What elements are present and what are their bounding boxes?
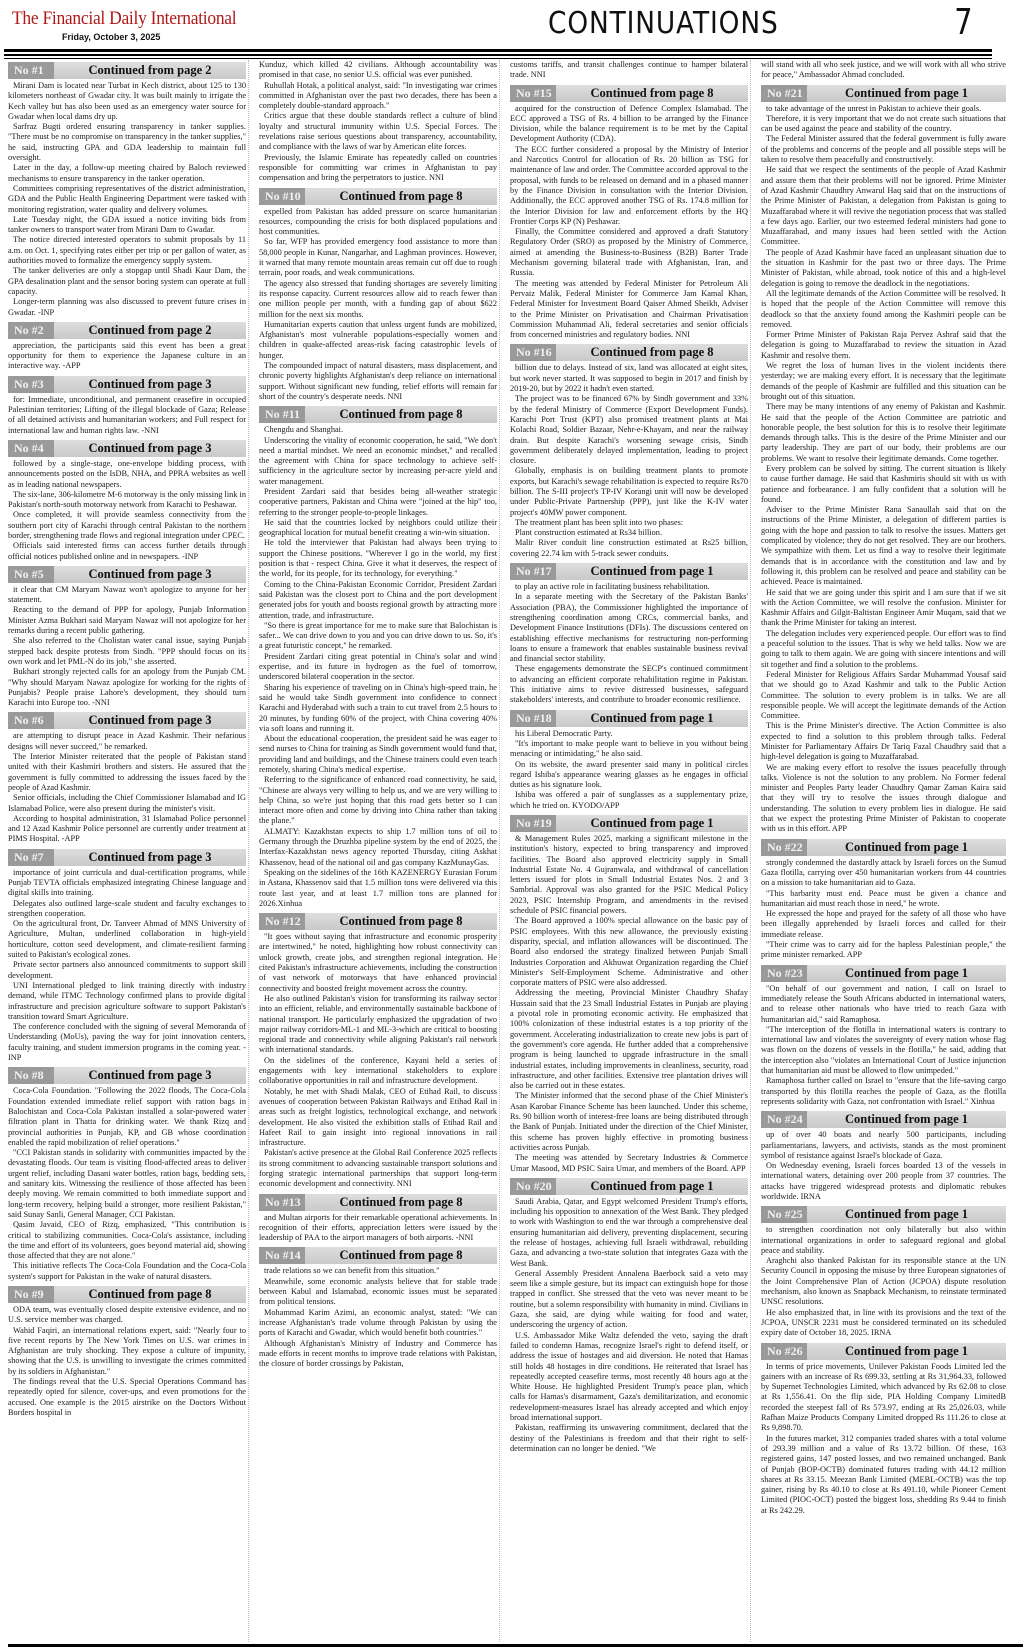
continued-story: No #2Continued from page 2appreciation, … — [8, 322, 246, 372]
story-header: No #10Continued from page 8 — [259, 188, 497, 205]
story-header: No #21Continued from page 1 — [761, 85, 1006, 102]
continued-story: will stand with all who seek justice, an… — [761, 60, 1006, 81]
continued-from-label: Continued from page 1 — [807, 966, 1006, 981]
story-paragraph: He told the interviewer that Pakistan ha… — [259, 538, 497, 579]
story-paragraph: According to hospital administration, 31… — [8, 814, 246, 845]
article-columns: No #1Continued from page 2Mirani Dam is … — [8, 60, 998, 1642]
story-header: No #16Continued from page 8 — [510, 344, 748, 361]
story-paragraph: There may be many intentions of any enem… — [761, 402, 1006, 464]
continued-from-label: Continued from page 8 — [305, 914, 497, 929]
story-paragraph: She also referred to the Cholistan water… — [8, 636, 246, 667]
story-number-badge: No #14 — [259, 1247, 305, 1264]
story-paragraph: He said that we respect the sentiments o… — [761, 165, 1006, 247]
story-paragraph: Officials said interested firms can acce… — [8, 541, 246, 562]
story-header: No #6Continued from page 3 — [8, 712, 246, 729]
continued-from-label: Continued from page 3 — [54, 377, 246, 392]
story-paragraph: On the sidelines of the conference, Kaya… — [259, 1056, 497, 1087]
header-rule — [4, 58, 992, 59]
story-paragraph: On the agricultural front, Dr. Tanveer A… — [8, 919, 246, 960]
story-paragraph: Committees comprising representatives of… — [8, 184, 246, 215]
story-paragraph: On its website, the award presenter said… — [510, 760, 748, 791]
story-paragraph: Federal Minister for Religious Affairs S… — [761, 670, 1006, 721]
continued-story: No #11Continued from page 8Chengdu and S… — [259, 406, 497, 909]
story-paragraph: President Zardari citing great potential… — [259, 652, 497, 683]
continued-story: No #10Continued from page 8expelled from… — [259, 188, 497, 403]
story-paragraph: to take advantage of the unrest in Pakis… — [761, 104, 1006, 114]
story-header: No #5Continued from page 3 — [8, 566, 246, 583]
story-number-badge: No #2 — [8, 322, 54, 339]
story-number-badge: No #19 — [510, 815, 556, 832]
continued-from-label: Continued from page 1 — [556, 564, 748, 579]
story-paragraph: The Interior Minister reiterated that th… — [8, 752, 246, 793]
continued-from-label: Continued from page 2 — [54, 323, 246, 338]
story-header: No #20Continued from page 1 — [510, 1178, 748, 1195]
story-number-badge: No #26 — [761, 1343, 807, 1360]
story-paragraph: Pakistan, reaffirming its unwavering com… — [510, 1423, 748, 1454]
story-paragraph: Underscoring the vitality of economic co… — [259, 436, 497, 487]
story-paragraph: The Federal Minister assured that the fe… — [761, 134, 1006, 165]
continued-from-label: Continued from page 3 — [54, 567, 246, 582]
story-paragraph: The conference concluded with the signin… — [8, 1022, 246, 1063]
story-paragraph: will stand with all who seek justice, an… — [761, 60, 1006, 81]
story-paragraph: Sarfraz Bugti ordered ensuring transpare… — [8, 122, 246, 163]
continued-story: No #13Continued from page 8and Multan ai… — [259, 1194, 497, 1244]
story-header: No #12Continued from page 8 — [259, 913, 497, 930]
story-paragraph: Critics argue that these double standard… — [259, 111, 497, 152]
story-paragraph: to play an active role in facilitating b… — [510, 582, 748, 592]
story-paragraph: Mohammad Karim Azimi, an economic analys… — [259, 1308, 497, 1339]
story-paragraph: So far, WFP has provided emergency food … — [259, 237, 497, 278]
story-paragraph: Humanitarian experts caution that unless… — [259, 320, 497, 361]
story-number-badge: No #22 — [761, 839, 807, 856]
story-paragraph: On Wednesday evening, Israeli forces boa… — [761, 1161, 1006, 1202]
continued-from-label: Continued from page 1 — [556, 1179, 748, 1194]
story-paragraph: Bukhari strongly rejected calls for an a… — [8, 667, 246, 708]
story-number-badge: No #24 — [761, 1111, 807, 1128]
story-paragraph: to strengthen coordination not only bila… — [761, 1225, 1006, 1256]
continued-from-label: Continued from page 1 — [807, 1112, 1006, 1127]
story-paragraph: The meeting was attended by Secretary In… — [510, 1153, 748, 1174]
story-paragraph: U.S. Ambassador Mike Waltz defended the … — [510, 1331, 748, 1424]
continued-story: Kunduz, which killed 42 civilians. Altho… — [259, 60, 497, 184]
story-header: No #9Continued from page 8 — [8, 1286, 246, 1303]
story-paragraph: customs tariffs, and transit challenges … — [510, 60, 748, 81]
story-paragraph: for: Immediate, unconditional, and perma… — [8, 395, 246, 436]
story-paragraph: Speaking on the sidelines of the 16th KA… — [259, 868, 497, 909]
column-3: customs tariffs, and transit challenges … — [510, 60, 751, 1642]
story-paragraph: ODA team, was eventually closed despite … — [8, 1305, 246, 1326]
story-paragraph: Every problem can be solved by sitting. … — [761, 464, 1006, 505]
continued-from-label: Continued from page 8 — [305, 1195, 497, 1210]
story-paragraph: Former Prime Minister of Pakistan Raja P… — [761, 330, 1006, 361]
continued-from-label: Continued from page 1 — [556, 711, 748, 726]
story-paragraph: Qasim Javaid, CEO of Rizq, emphasized, "… — [8, 1220, 246, 1261]
story-header: No #7Continued from page 3 — [8, 849, 246, 866]
continued-from-label: Continued from page 3 — [54, 713, 246, 728]
continued-from-label: Continued from page 1 — [807, 1207, 1006, 1222]
story-number-badge: No #17 — [510, 563, 556, 580]
story-paragraph: About the educational cooperation, the p… — [259, 734, 497, 775]
story-header: No #22Continued from page 1 — [761, 839, 1006, 856]
continued-story: No #1Continued from page 2Mirani Dam is … — [8, 62, 246, 318]
story-paragraph: The notice directed interested operators… — [8, 235, 246, 266]
story-paragraph: These engagements demonstrate the SECP's… — [510, 664, 748, 705]
story-header: No #25Continued from page 1 — [761, 1206, 1006, 1223]
continued-story: No #18Continued from page 1his Liberal D… — [510, 710, 748, 811]
continued-story: No #26Continued from page 1In terms of p… — [761, 1343, 1006, 1516]
story-paragraph: Pakistan's active presence at the Global… — [259, 1148, 497, 1189]
story-paragraph: his Liberal Democratic Party. — [510, 729, 748, 739]
continued-from-label: Continued from page 2 — [54, 63, 246, 78]
story-paragraph: This initiative reflects The Coca-Cola F… — [8, 1261, 246, 1282]
continued-story: customs tariffs, and transit challenges … — [510, 60, 748, 81]
continued-from-label: Continued from page 3 — [54, 1068, 246, 1083]
story-paragraph: He expressed the hope and prayed for the… — [761, 909, 1006, 940]
story-paragraph: The treatment plant has been split into … — [510, 518, 748, 528]
story-paragraph: "So there is great importance for me to … — [259, 621, 497, 652]
story-paragraph: Ishiba was offered a pair of sunglasses … — [510, 790, 748, 811]
issue-date: Friday, October 3, 2025 — [62, 32, 160, 42]
story-paragraph: Coming to the China-Pakistan Economic Co… — [259, 580, 497, 621]
story-paragraph: President Zardari said that besides bein… — [259, 487, 497, 518]
story-paragraph: followed by a single-stage, one-envelope… — [8, 459, 246, 490]
story-paragraph: strongly condemned the dastardly attack … — [761, 858, 1006, 889]
story-paragraph: importance of joint curricula and dual-c… — [8, 868, 246, 899]
column-4: will stand with all who seek justice, an… — [761, 60, 1008, 1642]
story-header: No #15Continued from page 8 — [510, 85, 748, 102]
story-header: No #8Continued from page 3 — [8, 1067, 246, 1084]
story-paragraph: Sharing his experience of traveling on i… — [259, 683, 497, 734]
continued-story: No #7Continued from page 3importance of … — [8, 849, 246, 1064]
story-number-badge: No #12 — [259, 913, 305, 930]
continued-from-label: Continued from page 1 — [556, 816, 748, 831]
story-paragraph: Senior officials, including the Chief Co… — [8, 793, 246, 814]
continued-story: No #15Continued from page 8acquired for … — [510, 85, 748, 341]
story-paragraph: This is the Prime Minister's directive. … — [761, 721, 1006, 762]
continued-from-label: Continued from page 1 — [807, 86, 1006, 101]
continued-story: No #12Continued from page 8"It goes with… — [259, 913, 497, 1189]
continued-story: No #4Continued from page 3followed by a … — [8, 440, 246, 562]
story-header: No #3Continued from page 3 — [8, 376, 246, 393]
story-paragraph: Although Afghanistan's Ministry of Indus… — [259, 1339, 497, 1370]
story-paragraph: Once completed, it will provide seamless… — [8, 510, 246, 541]
story-header: No #1Continued from page 2 — [8, 62, 246, 79]
story-number-badge: No #13 — [259, 1194, 305, 1211]
story-paragraph: In the futures market, 312 companies tra… — [761, 1434, 1006, 1516]
continued-from-label: Continued from page 8 — [556, 86, 748, 101]
story-paragraph: The Minister informed that the second ph… — [510, 1091, 748, 1153]
story-paragraph: Mirani Dam is located near Turbat in Kec… — [8, 81, 246, 122]
story-paragraph: Later in the day, a follow-up meeting ch… — [8, 163, 246, 184]
story-paragraph: In terms of price movements, Unilever Pa… — [761, 1362, 1006, 1434]
story-paragraph: Addressing the meeting, Provincial Minis… — [510, 988, 748, 1091]
page-number: 7 — [954, 2, 972, 43]
story-paragraph: Coca-Cola Foundation. "Following the 202… — [8, 1086, 246, 1148]
story-paragraph: and Multan airports for their remarkable… — [259, 1213, 497, 1244]
story-paragraph: We regret the loss of human lives in the… — [761, 361, 1006, 402]
story-paragraph: Ruhullah Hotak, a political analyst, sai… — [259, 81, 497, 112]
story-number-badge: No #5 — [8, 566, 54, 583]
story-paragraph: UNI International pledged to link traini… — [8, 981, 246, 1022]
continued-from-label: Continued from page 8 — [54, 1287, 246, 1302]
story-paragraph: The six-lane, 306-kilometre M-6 motorway… — [8, 490, 246, 511]
continued-story: No #25Continued from page 1to strengthen… — [761, 1206, 1006, 1338]
story-paragraph: The findings reveal that the U.S. Specia… — [8, 1377, 246, 1418]
story-paragraph: acquired for the construction of Defence… — [510, 104, 748, 145]
story-paragraph: The meeting was attended by Federal Mini… — [510, 279, 748, 341]
story-paragraph: Chengdu and Shanghai. — [259, 425, 497, 435]
story-paragraph: Reacting to the demand of PPP for apolog… — [8, 605, 246, 636]
story-paragraph: Late Tuesday night, the GDA issued a not… — [8, 215, 246, 236]
story-paragraph: Longer-term planning was also discussed … — [8, 297, 246, 318]
story-paragraph: "It goes without saying that infrastruct… — [259, 932, 497, 994]
continued-story: No #3Continued from page 3for: Immediate… — [8, 376, 246, 436]
story-paragraph: "CCI Pakistan stands in solidarity with … — [8, 1148, 246, 1220]
footer-rule — [8, 1644, 1023, 1647]
story-paragraph: Plant construction estimated at Rs34 bil… — [510, 528, 748, 538]
continued-story: No #16Continued from page 8billion due t… — [510, 344, 748, 559]
story-paragraph: Wahid Faqiri, an international relations… — [8, 1326, 246, 1377]
story-paragraph: Kunduz, which killed 42 civilians. Altho… — [259, 60, 497, 81]
story-number-badge: No #11 — [259, 406, 305, 423]
story-number-badge: No #23 — [761, 965, 807, 982]
paper-name: The Financial Daily International — [12, 8, 236, 30]
continued-story: No #20Continued from page 1Saudi Arabia,… — [510, 1178, 748, 1454]
continued-story: No #19Continued from page 1& Management … — [510, 815, 748, 1174]
story-number-badge: No #8 — [8, 1067, 54, 1084]
story-header: No #26Continued from page 1 — [761, 1343, 1006, 1360]
story-paragraph: The compounded impact of natural disaste… — [259, 361, 497, 402]
story-paragraph: Globally, emphasis is on building treatm… — [510, 466, 748, 517]
story-paragraph: In a separate meeting with the Secretary… — [510, 592, 748, 664]
story-paragraph: He also emphasized that, in line with it… — [761, 1308, 1006, 1339]
story-paragraph: "It's important to make people want to b… — [510, 739, 748, 760]
story-paragraph: Private sector partners also announced c… — [8, 960, 246, 981]
continued-story: No #5Continued from page 3it clear that … — [8, 566, 246, 709]
story-number-badge: No #4 — [8, 440, 54, 457]
story-paragraph: He said that the countries locked by nei… — [259, 518, 497, 539]
section-title: CONTINUATIONS — [548, 6, 779, 41]
story-paragraph: Delegates also outlined large-scale stud… — [8, 899, 246, 920]
column-2: Kunduz, which killed 42 civilians. Altho… — [259, 60, 500, 1642]
story-paragraph: "The interception of the flotilla in int… — [761, 1025, 1006, 1076]
story-number-badge: No #6 — [8, 712, 54, 729]
header-rule — [4, 54, 992, 56]
story-number-badge: No #7 — [8, 849, 54, 866]
continued-from-label: Continued from page 8 — [556, 345, 748, 360]
story-header: No #19Continued from page 1 — [510, 815, 748, 832]
story-header: No #13Continued from page 8 — [259, 1194, 497, 1211]
story-paragraph: it clear that CM Maryam Nawaz won't apol… — [8, 585, 246, 606]
story-paragraph: "Their crime was to carry aid for the ha… — [761, 940, 1006, 961]
continued-from-label: Continued from page 8 — [305, 1248, 497, 1263]
story-paragraph: "This barbarity must end. Peace must be … — [761, 889, 1006, 910]
story-paragraph: The tanker deliveries are only a stopgap… — [8, 266, 246, 297]
story-paragraph: ALMATY: Kazakhstan expects to ship 1.7 m… — [259, 827, 497, 868]
story-paragraph: The Board approved a 100% special allowa… — [510, 916, 748, 988]
story-paragraph: "On behalf of our government and nation,… — [761, 984, 1006, 1025]
story-paragraph: expelled from Pakistan has added pressur… — [259, 207, 497, 238]
story-header: No #23Continued from page 1 — [761, 965, 1006, 982]
column-1: No #1Continued from page 2Mirani Dam is … — [8, 60, 249, 1642]
continued-story: No #6Continued from page 3are attempting… — [8, 712, 246, 844]
header-rule — [4, 49, 992, 52]
continued-from-label: Continued from page 8 — [305, 407, 497, 422]
story-number-badge: No #16 — [510, 344, 556, 361]
story-paragraph: Referring to the significance of enhance… — [259, 775, 497, 826]
story-paragraph: General Assembly President Annalena Baer… — [510, 1269, 748, 1331]
masthead: The Financial Daily International Friday… — [0, 0, 1023, 46]
continued-story: No #21Continued from page 1to take advan… — [761, 85, 1006, 835]
story-header: No #14Continued from page 8 — [259, 1247, 497, 1264]
story-paragraph: All the legitimate demands of the Action… — [761, 289, 1006, 330]
story-paragraph: Previously, the Islamic Emirate has repe… — [259, 153, 497, 184]
story-paragraph: Ramaphosa further called on Israel to "e… — [761, 1076, 1006, 1107]
continued-story: No #9Continued from page 8ODA team, was … — [8, 1286, 246, 1418]
story-paragraph: He said that we are going under this spi… — [761, 588, 1006, 629]
continued-story: No #8Continued from page 3Coca-Cola Foun… — [8, 1067, 246, 1282]
story-paragraph: The agency also stressed that funding sh… — [259, 279, 497, 320]
story-paragraph: billion due to delays. Instead of six, l… — [510, 363, 748, 394]
story-paragraph: The ECC further considered a proposal by… — [510, 145, 748, 227]
story-paragraph: The delegation includes very experienced… — [761, 629, 1006, 670]
story-header: No #17Continued from page 1 — [510, 563, 748, 580]
story-paragraph: We are making every effort to resolve th… — [761, 763, 1006, 835]
story-paragraph: Notably, he met with Shadi Malak, CEO of… — [259, 1087, 497, 1149]
story-header: No #2Continued from page 2 — [8, 322, 246, 339]
continued-story: No #23Continued from page 1"On behalf of… — [761, 965, 1006, 1108]
story-header: No #11Continued from page 8 — [259, 406, 497, 423]
story-number-badge: No #1 — [8, 62, 54, 79]
continued-story: No #17Continued from page 1to play an ac… — [510, 563, 748, 706]
continued-from-label: Continued from page 3 — [54, 850, 246, 865]
continued-story: No #24Continued from page 1up of over 40… — [761, 1111, 1006, 1202]
story-paragraph: The people of Azad Kashmir have faced an… — [761, 248, 1006, 289]
story-header: No #18Continued from page 1 — [510, 710, 748, 727]
story-number-badge: No #9 — [8, 1286, 54, 1303]
story-number-badge: No #10 — [259, 188, 305, 205]
story-paragraph: The project was to be financed 67% by Si… — [510, 394, 748, 466]
story-number-badge: No #21 — [761, 85, 807, 102]
continued-story: No #22Continued from page 1strongly cond… — [761, 839, 1006, 961]
continued-from-label: Continued from page 1 — [807, 840, 1006, 855]
story-paragraph: up of over 40 boats and nearly 500 parti… — [761, 1130, 1006, 1161]
story-number-badge: No #20 — [510, 1178, 556, 1195]
continued-story: No #14Continued from page 8trade relatio… — [259, 1247, 497, 1369]
story-paragraph: appreciation, the participants said this… — [8, 341, 246, 372]
story-paragraph: Araghchi also thanked Pakistan for its r… — [761, 1256, 1006, 1307]
continued-from-label: Continued from page 1 — [807, 1344, 1006, 1359]
continued-from-label: Continued from page 3 — [54, 441, 246, 456]
story-number-badge: No #3 — [8, 376, 54, 393]
story-header: No #4Continued from page 3 — [8, 440, 246, 457]
story-number-badge: No #15 — [510, 85, 556, 102]
story-paragraph: Therefore, it is very important that we … — [761, 114, 1006, 135]
story-paragraph: trade relations so we can benefit from t… — [259, 1266, 497, 1276]
story-paragraph: & Management Rules 2025, marking a signi… — [510, 834, 748, 916]
story-header: No #24Continued from page 1 — [761, 1111, 1006, 1128]
story-number-badge: No #25 — [761, 1206, 807, 1223]
story-paragraph: Meanwhile, some economic analysts believ… — [259, 1277, 497, 1308]
story-paragraph: Finally, the Committee considered and ap… — [510, 227, 748, 278]
story-number-badge: No #18 — [510, 710, 556, 727]
story-paragraph: Malir River conduit line construction es… — [510, 538, 748, 559]
story-paragraph: Adviser to the Prime Minister Rana Sanau… — [761, 505, 1006, 587]
story-paragraph: He also outlined Pakistan's vision for t… — [259, 994, 497, 1056]
story-paragraph: are attempting to disrupt peace in Azad … — [8, 731, 246, 752]
story-paragraph: Saudi Arabia, Qatar, and Egypt welcomed … — [510, 1197, 748, 1269]
continued-from-label: Continued from page 8 — [305, 189, 497, 204]
